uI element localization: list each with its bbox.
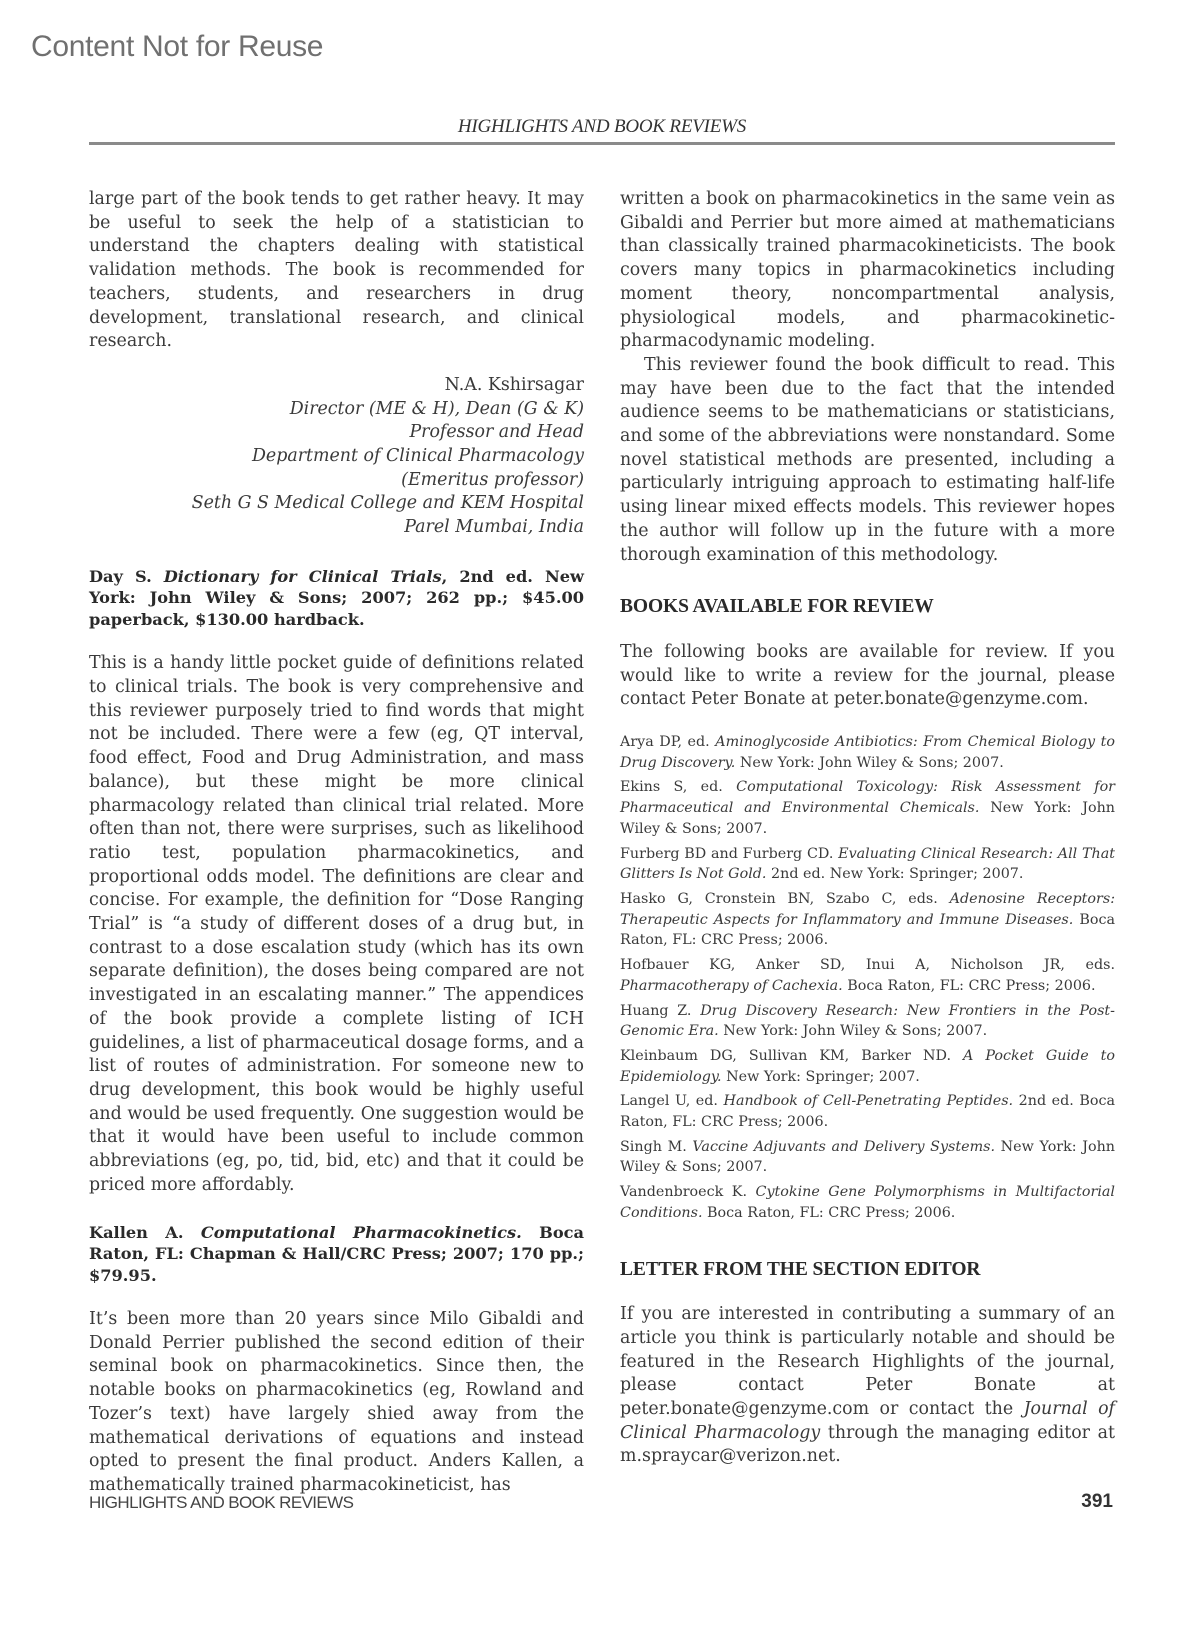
review-body-day: This is a handy little pocket guide of d…: [89, 652, 584, 1197]
reviewer-affiliation-line: Seth G S Medical College and KEM Hospita…: [89, 492, 584, 516]
page-number: 391: [1081, 1491, 1113, 1513]
book-authors: Ekins S, ed.: [620, 779, 723, 795]
book-entry: Hofbauer KG, Anker SD, Inui A, Nicholson…: [620, 955, 1115, 996]
citation-author: Kallen A.: [89, 1223, 183, 1242]
review-citation-kallen: Kallen A. Computational Pharmacokinetics…: [89, 1222, 584, 1287]
book-authors: Huang Z.: [620, 1003, 691, 1019]
citation-title: Computational Pharmacokinetics.: [201, 1223, 522, 1242]
book-authors: Arya DP, ed.: [620, 734, 710, 750]
reviewer-name: N.A. Kshirsagar: [89, 374, 584, 398]
book-authors: Furberg BD and Furberg CD.: [620, 846, 833, 862]
book-publisher: 2nd ed. New York: Springer; 2007.: [771, 866, 1023, 882]
reviewer-affiliation-line: Director (ME & H), Dean (G & K): [89, 398, 584, 422]
book-publisher: Boca Raton, FL: CRC Press; 2006.: [707, 1205, 955, 1221]
book-authors: Hasko G, Cronstein BN, Szabo C, eds.: [620, 891, 938, 907]
books-available-heading: BOOKS AVAILABLE FOR REVIEW: [620, 595, 1115, 619]
letter-body: If you are interested in contributing a …: [620, 1303, 1115, 1469]
book-entry: Vandenbroeck K. Cytokine Gene Polymorphi…: [620, 1182, 1115, 1223]
book-title: Vaccine Adjuvants and Delivery Systems.: [692, 1139, 995, 1155]
reviewer-affiliation-line: Professor and Head: [89, 421, 584, 445]
reviewer-signature: N.A. Kshirsagar Director (ME & H), Dean …: [89, 374, 584, 540]
books-available-intro: The following books are available for re…: [620, 641, 1115, 712]
book-authors: Langel U, ed.: [620, 1093, 718, 1109]
book-entry: Kleinbaum DG, Sullivan KM, Barker ND. A …: [620, 1046, 1115, 1087]
reviewer-affiliation-line: Department of Clinical Pharmacology: [89, 445, 584, 469]
reviewer-affiliation-line: (Emeritus professor): [89, 469, 584, 493]
book-publisher: Boca Raton, FL: CRC Press; 2006.: [847, 978, 1095, 994]
review-body-kallen: It’s been more than 20 years since Milo …: [89, 1308, 584, 1498]
continuation-paragraph: large part of the book tends to get rath…: [89, 188, 584, 354]
citation-author: Day S.: [89, 567, 152, 586]
book-entry: Ekins S, ed. Computational Toxicology: R…: [620, 777, 1115, 839]
book-entry: Langel U, ed. Handbook of Cell-Penetrati…: [620, 1091, 1115, 1132]
letter-heading: LETTER FROM THE SECTION EDITOR: [620, 1258, 1115, 1282]
left-column: large part of the book tends to get rath…: [89, 188, 584, 1498]
books-available-list: Arya DP, ed. Aminoglycoside Antibiotics:…: [620, 732, 1115, 1223]
book-publisher: New York: Springer; 2007.: [726, 1069, 920, 1085]
review-citation-day: Day S. Dictionary for Clinical Trials, 2…: [89, 566, 584, 631]
review-body-kallen-continued: written a book on pharmacokinetics in th…: [620, 188, 1115, 354]
book-publisher: New York: John Wiley & Sons; 2007.: [740, 755, 1004, 771]
book-entry: Furberg BD and Furberg CD. Evaluating Cl…: [620, 844, 1115, 885]
book-entry: Arya DP, ed. Aminoglycoside Antibiotics:…: [620, 732, 1115, 773]
book-authors: Vandenbroeck K.: [620, 1184, 747, 1200]
review-body-kallen-paragraph-2: This reviewer found the book difficult t…: [620, 354, 1115, 567]
header-rule: [89, 142, 1115, 145]
book-title: Handbook of Cell-Penetrating Peptides.: [724, 1093, 1014, 1109]
book-title: Pharmacotherapy of Cachexia.: [620, 978, 843, 994]
book-authors: Kleinbaum DG, Sullivan KM, Barker ND.: [620, 1048, 951, 1064]
book-publisher: New York: John Wiley & Sons; 2007.: [723, 1023, 987, 1039]
footer-section-title: HIGHLIGHTS AND BOOK REVIEWS: [89, 1493, 353, 1513]
book-entry: Hasko G, Cronstein BN, Szabo C, eds. Ade…: [620, 889, 1115, 951]
book-entry: Singh M. Vaccine Adjuvants and Delivery …: [620, 1137, 1115, 1178]
watermark: Content Not for Reuse: [31, 30, 323, 64]
book-entry: Huang Z. Drug Discovery Research: New Fr…: [620, 1001, 1115, 1042]
running-head: HIGHLIGHTS AND BOOK REVIEWS: [89, 116, 1115, 138]
reviewer-affiliation-line: Parel Mumbai, India: [89, 516, 584, 540]
citation-title: Dictionary for Clinical Trials: [164, 567, 442, 586]
book-authors: Hofbauer KG, Anker SD, Inui A, Nicholson…: [620, 957, 1115, 973]
right-column: written a book on pharmacokinetics in th…: [620, 188, 1115, 1469]
book-authors: Singh M.: [620, 1139, 687, 1155]
